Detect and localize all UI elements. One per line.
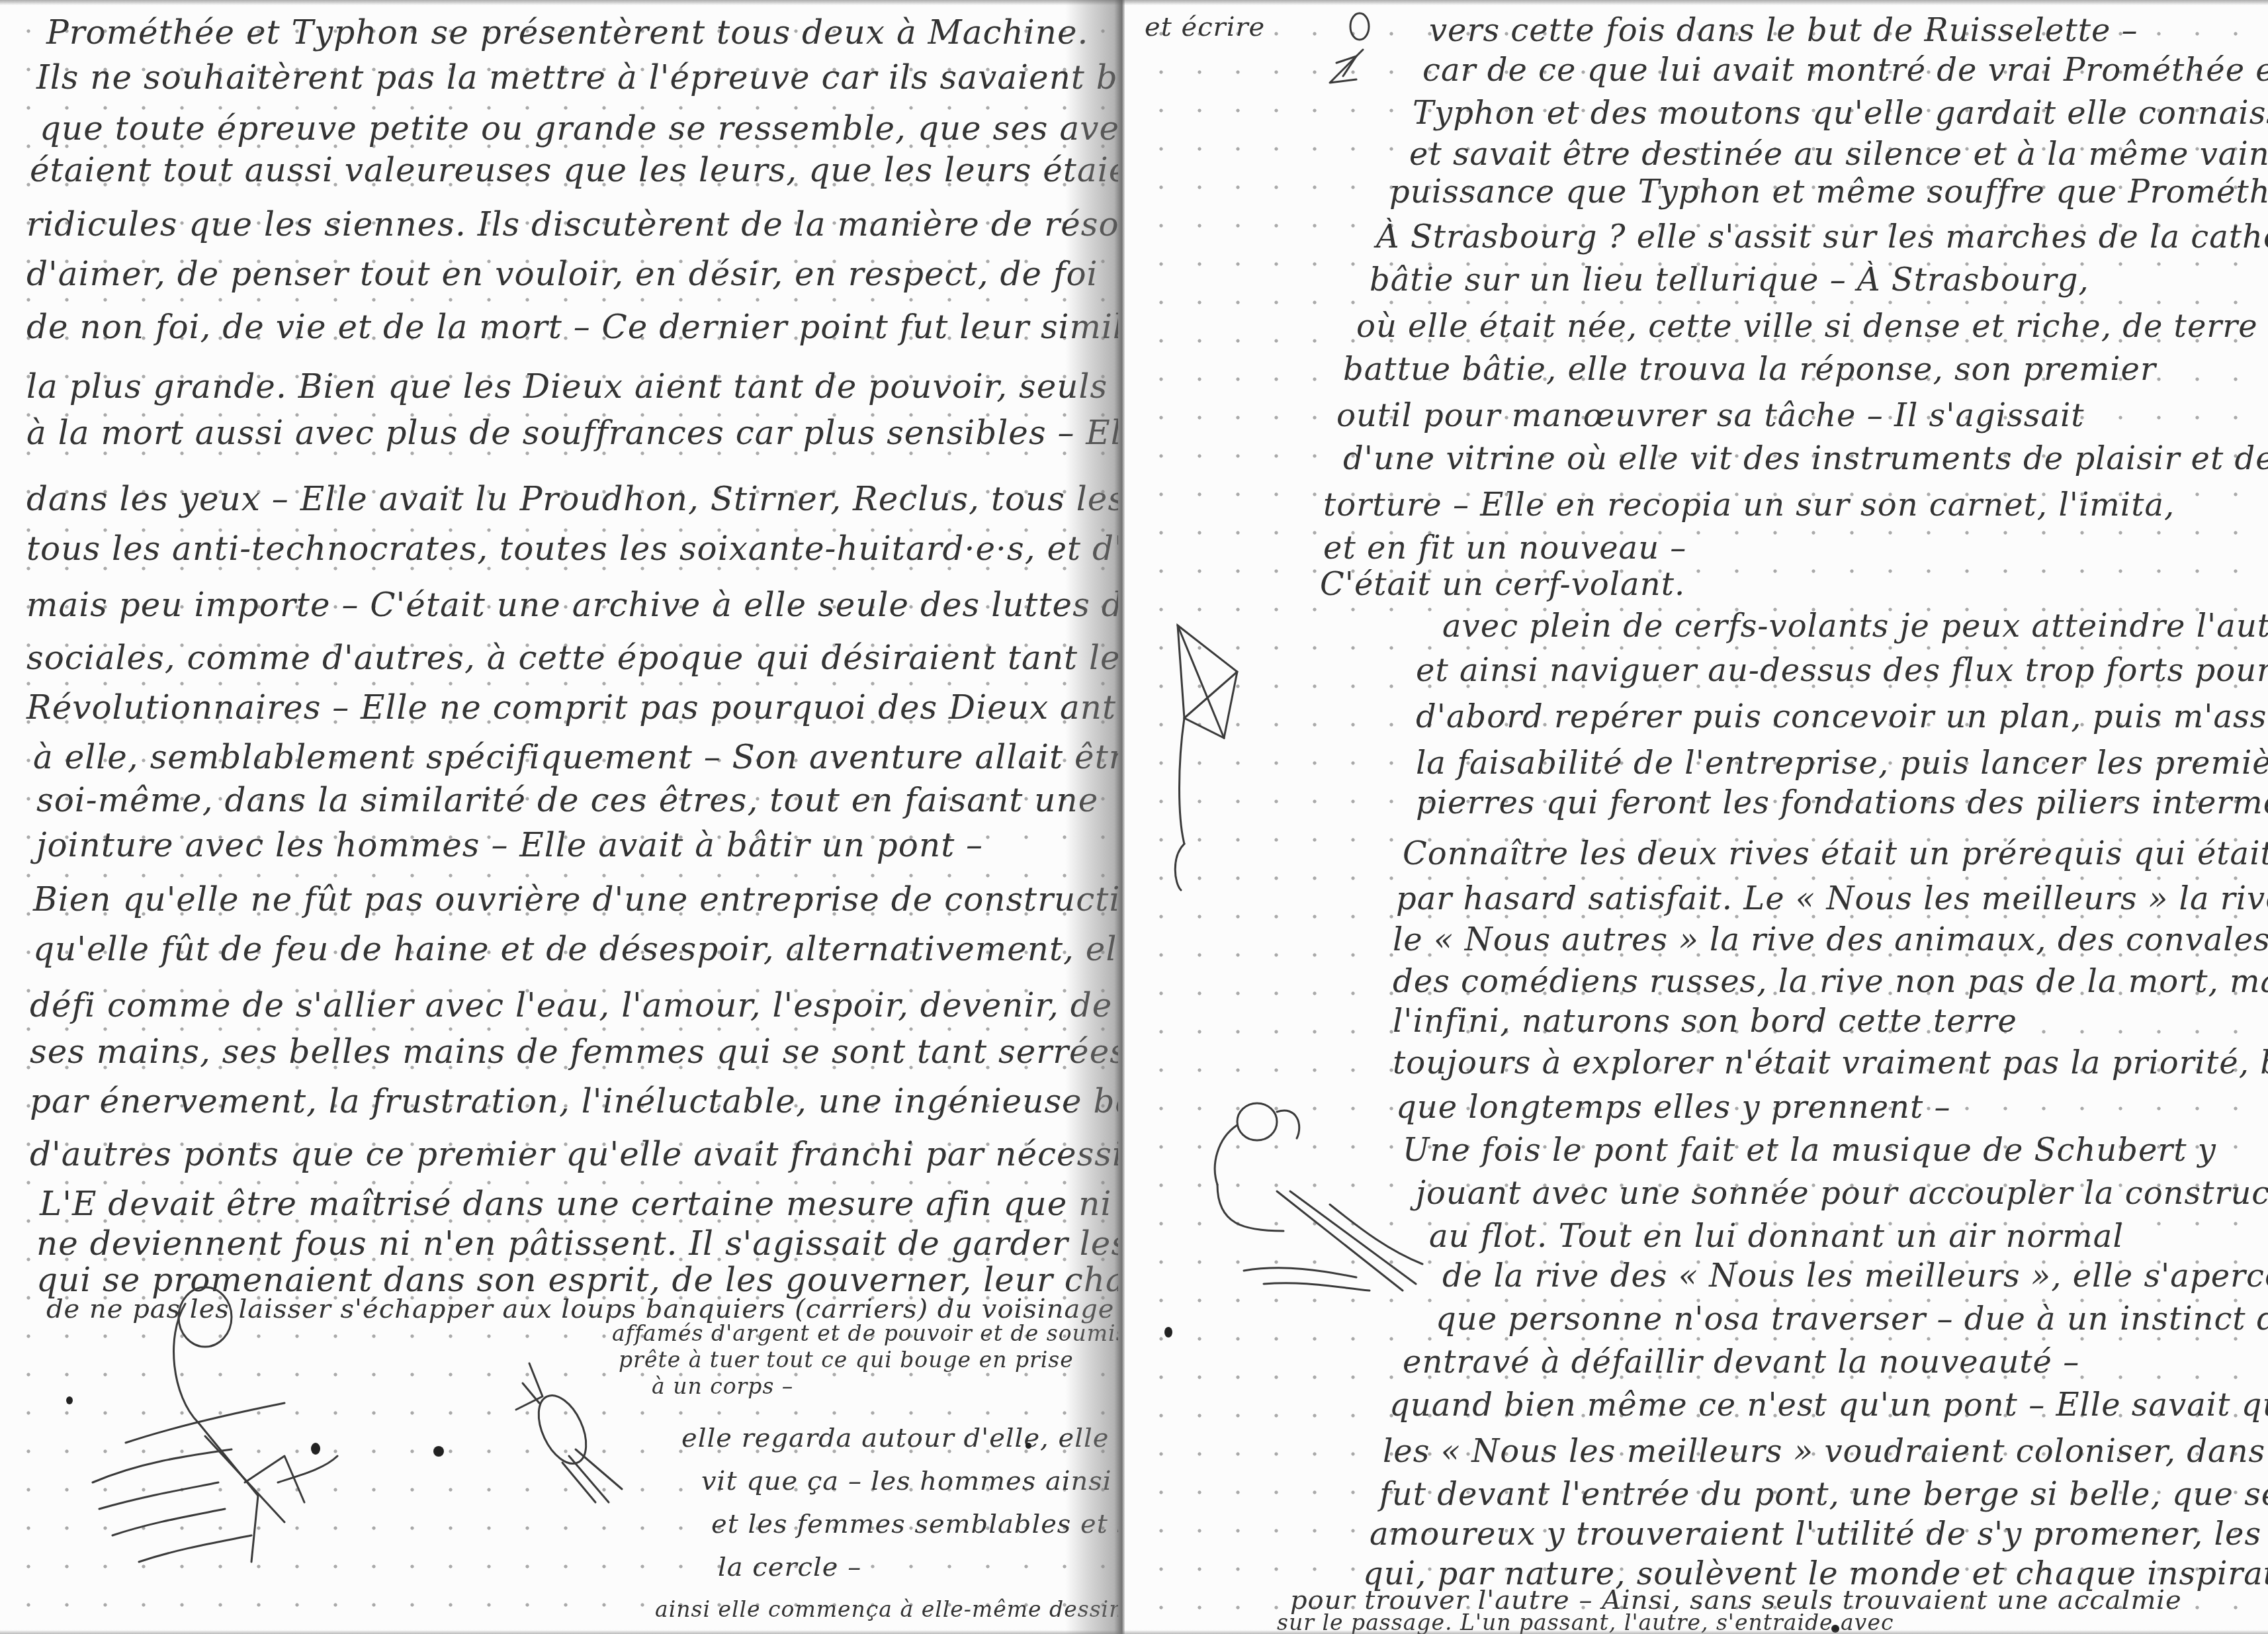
marginal-note: prête à tuer tout ce qui bouge en prise	[619, 1347, 1074, 1373]
marginal-note: vit que ça – les hommes ainsi	[701, 1466, 1112, 1496]
ink-spot	[66, 1396, 73, 1404]
text-line: dans les yeux – Elle avait lu Proudhon, …	[26, 480, 1118, 518]
text-line: C'était un cerf-volant.	[1320, 566, 1685, 603]
text-line: Prométhée et Typhon se présentèrent tous…	[46, 13, 1088, 52]
text-line: tous les anti-technocrates, toutes les s…	[26, 529, 1118, 568]
text-line: de la rive des « Nous les meilleurs », e…	[1442, 1257, 2268, 1294]
text-line: sociales, comme d'autres, à cette époque…	[26, 639, 1118, 677]
text-line: la faisabilité de l'entreprise, puis lan…	[1416, 745, 2268, 782]
text-line: où elle était née, cette ville si dense …	[1356, 308, 2258, 345]
text-line: qu'elle fût de feu de haine et de désesp…	[33, 930, 1118, 968]
text-line: d'autres ponts que ce premier qu'elle av…	[30, 1135, 1118, 1173]
text-line: étaient tout aussi valeureuses que les l…	[30, 151, 1118, 189]
text-line: jouant avec une sonnée pour accoupler la…	[1416, 1175, 2268, 1212]
text-line: À Strasbourg ? elle s'assit sur les marc…	[1376, 218, 2268, 255]
text-line: et ainsi naviguer au-dessus des flux tro…	[1416, 652, 2268, 689]
ink-spot	[433, 1446, 444, 1457]
text-line: ne deviennent fous ni n'en pâtissent. Il…	[36, 1224, 1118, 1263]
notebook-spread: Prométhée et Typhon se présentèrent tous…	[0, 0, 2268, 1634]
text-line: fut devant l'entrée du pont, une berge s…	[1379, 1476, 2268, 1513]
text-line: L'E devait être maîtrisé dans une certai…	[40, 1185, 1118, 1223]
text-line: au flot. Tout en lui donnant un air norm…	[1429, 1218, 2124, 1255]
text-line: avec plein de cerfs-volants je peux atte…	[1442, 608, 2268, 645]
text-line: défi comme de s'allier avec l'eau, l'amo…	[30, 986, 1112, 1024]
text-line: soi-même, dans la similarité de ces être…	[36, 781, 1098, 819]
marginal-note: ainsi elle commença à elle-même dessiner…	[655, 1596, 1118, 1622]
text-line: bâtie sur un lieu tellurique – À Strasbo…	[1370, 261, 2089, 298]
ink-spot	[1164, 1327, 1172, 1338]
text-line: pierres qui feront les fondations des pi…	[1416, 784, 2268, 821]
text-line: le « Nous autres » la rive des animaux, …	[1393, 921, 2268, 958]
text-line: que toute épreuve petite ou grande se re…	[40, 109, 1118, 148]
ink-spot	[1025, 1443, 1031, 1449]
text-line: puissance que Typhon et même souffre que…	[1389, 173, 2268, 210]
text-line: d'une vitrine où elle vit des instrument…	[1343, 440, 2268, 477]
text-line: Typhon et des moutons qu'elle gardait el…	[1413, 95, 2268, 132]
text-line: les « Nous les meilleurs » voudraient co…	[1383, 1433, 2268, 1470]
text-line: que personne n'osa traverser – due à un …	[1436, 1300, 2268, 1338]
text-line: de non foi, de vie et de la mort – Ce de…	[26, 308, 1118, 346]
text-line: par énervement, la frustration, l'inéluc…	[30, 1082, 1118, 1120]
text-line: et en fit un nouveau –	[1323, 529, 1686, 567]
text-line: à la mort aussi avec plus de souffrances…	[26, 414, 1118, 452]
text-line: ridicules que les siennes. Ils discutère…	[26, 205, 1118, 244]
face-profile-sketch	[1204, 1099, 1429, 1297]
page-top-edge	[0, 0, 2268, 5]
right-page: et écrire vers cette fois dans le but de…	[1125, 0, 2268, 1634]
text-line: mais peu importe – C'était une archive à…	[26, 586, 1118, 624]
text-line: amoureux y trouveraient l'utilité de s'y…	[1370, 1516, 2268, 1553]
text-line: la plus grande. Bien que les Dieux aient…	[26, 367, 1118, 406]
text-line: jointure avec les hommes – Elle avait à …	[36, 826, 983, 864]
marginal-note: à un corps –	[652, 1373, 793, 1399]
marginal-note: la cercle –	[718, 1552, 861, 1582]
text-line: car de ce que lui avait montré de vrai P…	[1422, 52, 2268, 89]
text-line: entravé à défaillir devant la nouveauté …	[1403, 1343, 2079, 1381]
text-line: outil pour manœuvrer sa tâche – Il s'agi…	[1336, 397, 2085, 434]
text-line: torture – Elle en recopia un sur son car…	[1323, 486, 2175, 523]
bird-sketch	[503, 1357, 635, 1509]
text-line: Bien qu'elle ne fût pas ouvrière d'une e…	[33, 880, 1118, 919]
text-line: l'infini, naturons son bord cette terre	[1393, 1003, 2017, 1040]
marginal-note: affamés d'argent et de pouvoir et de sou…	[612, 1320, 1118, 1346]
text-line: quand bien même ce n'est qu'un pont – El…	[1389, 1386, 2268, 1424]
page-gutter	[1065, 0, 1128, 1634]
marginal-note: elle regarda autour d'elle, elle ne	[681, 1423, 1118, 1453]
tree-figure-sketch	[86, 1284, 377, 1575]
text-line: par hasard satisfait. Le « Nous les meil…	[1396, 880, 2268, 917]
text-line: ses mains, ses belles mains de femmes qu…	[30, 1032, 1118, 1071]
text-line: d'abord repérer puis concevoir un plan, …	[1416, 698, 2268, 735]
text-line: Une fois le pont fait et la musique de S…	[1403, 1132, 2216, 1169]
kite-sketch	[1164, 619, 1257, 897]
text-line: vers cette fois dans le but de Ruisselet…	[1429, 12, 2138, 49]
text-line: battue bâtie, elle trouva la réponse, so…	[1343, 351, 2156, 388]
text-line: Ils ne souhaitèrent pas la mettre à l'ép…	[36, 58, 1118, 97]
text-line: Révolutionnaires – Elle ne comprit pas p…	[26, 688, 1118, 727]
text-line: toujours à explorer n'était vraiment pas…	[1393, 1044, 2268, 1081]
text-line: à elle, semblablement spécifiquement – S…	[33, 738, 1118, 776]
marginal-note: et les femmes semblables et se tortu...	[711, 1509, 1118, 1539]
page-bottom-edge	[0, 1630, 2268, 1634]
small-figure-icon	[1317, 10, 1389, 96]
text-line: des comédiens russes, la rive non pas de…	[1393, 963, 2268, 1000]
text-line: d'aimer, de penser tout en vouloir, en d…	[26, 255, 1098, 293]
text-line: que longtemps elles y prennent –	[1396, 1089, 1951, 1126]
text-line: et savait être destinée au silence et à …	[1409, 136, 2268, 173]
margin-note: et écrire	[1145, 12, 1265, 42]
text-line: Connaître les deux rives était un préreq…	[1403, 835, 2268, 872]
left-page: Prométhée et Typhon se présentèrent tous…	[0, 0, 1118, 1634]
ink-spot	[311, 1443, 320, 1455]
